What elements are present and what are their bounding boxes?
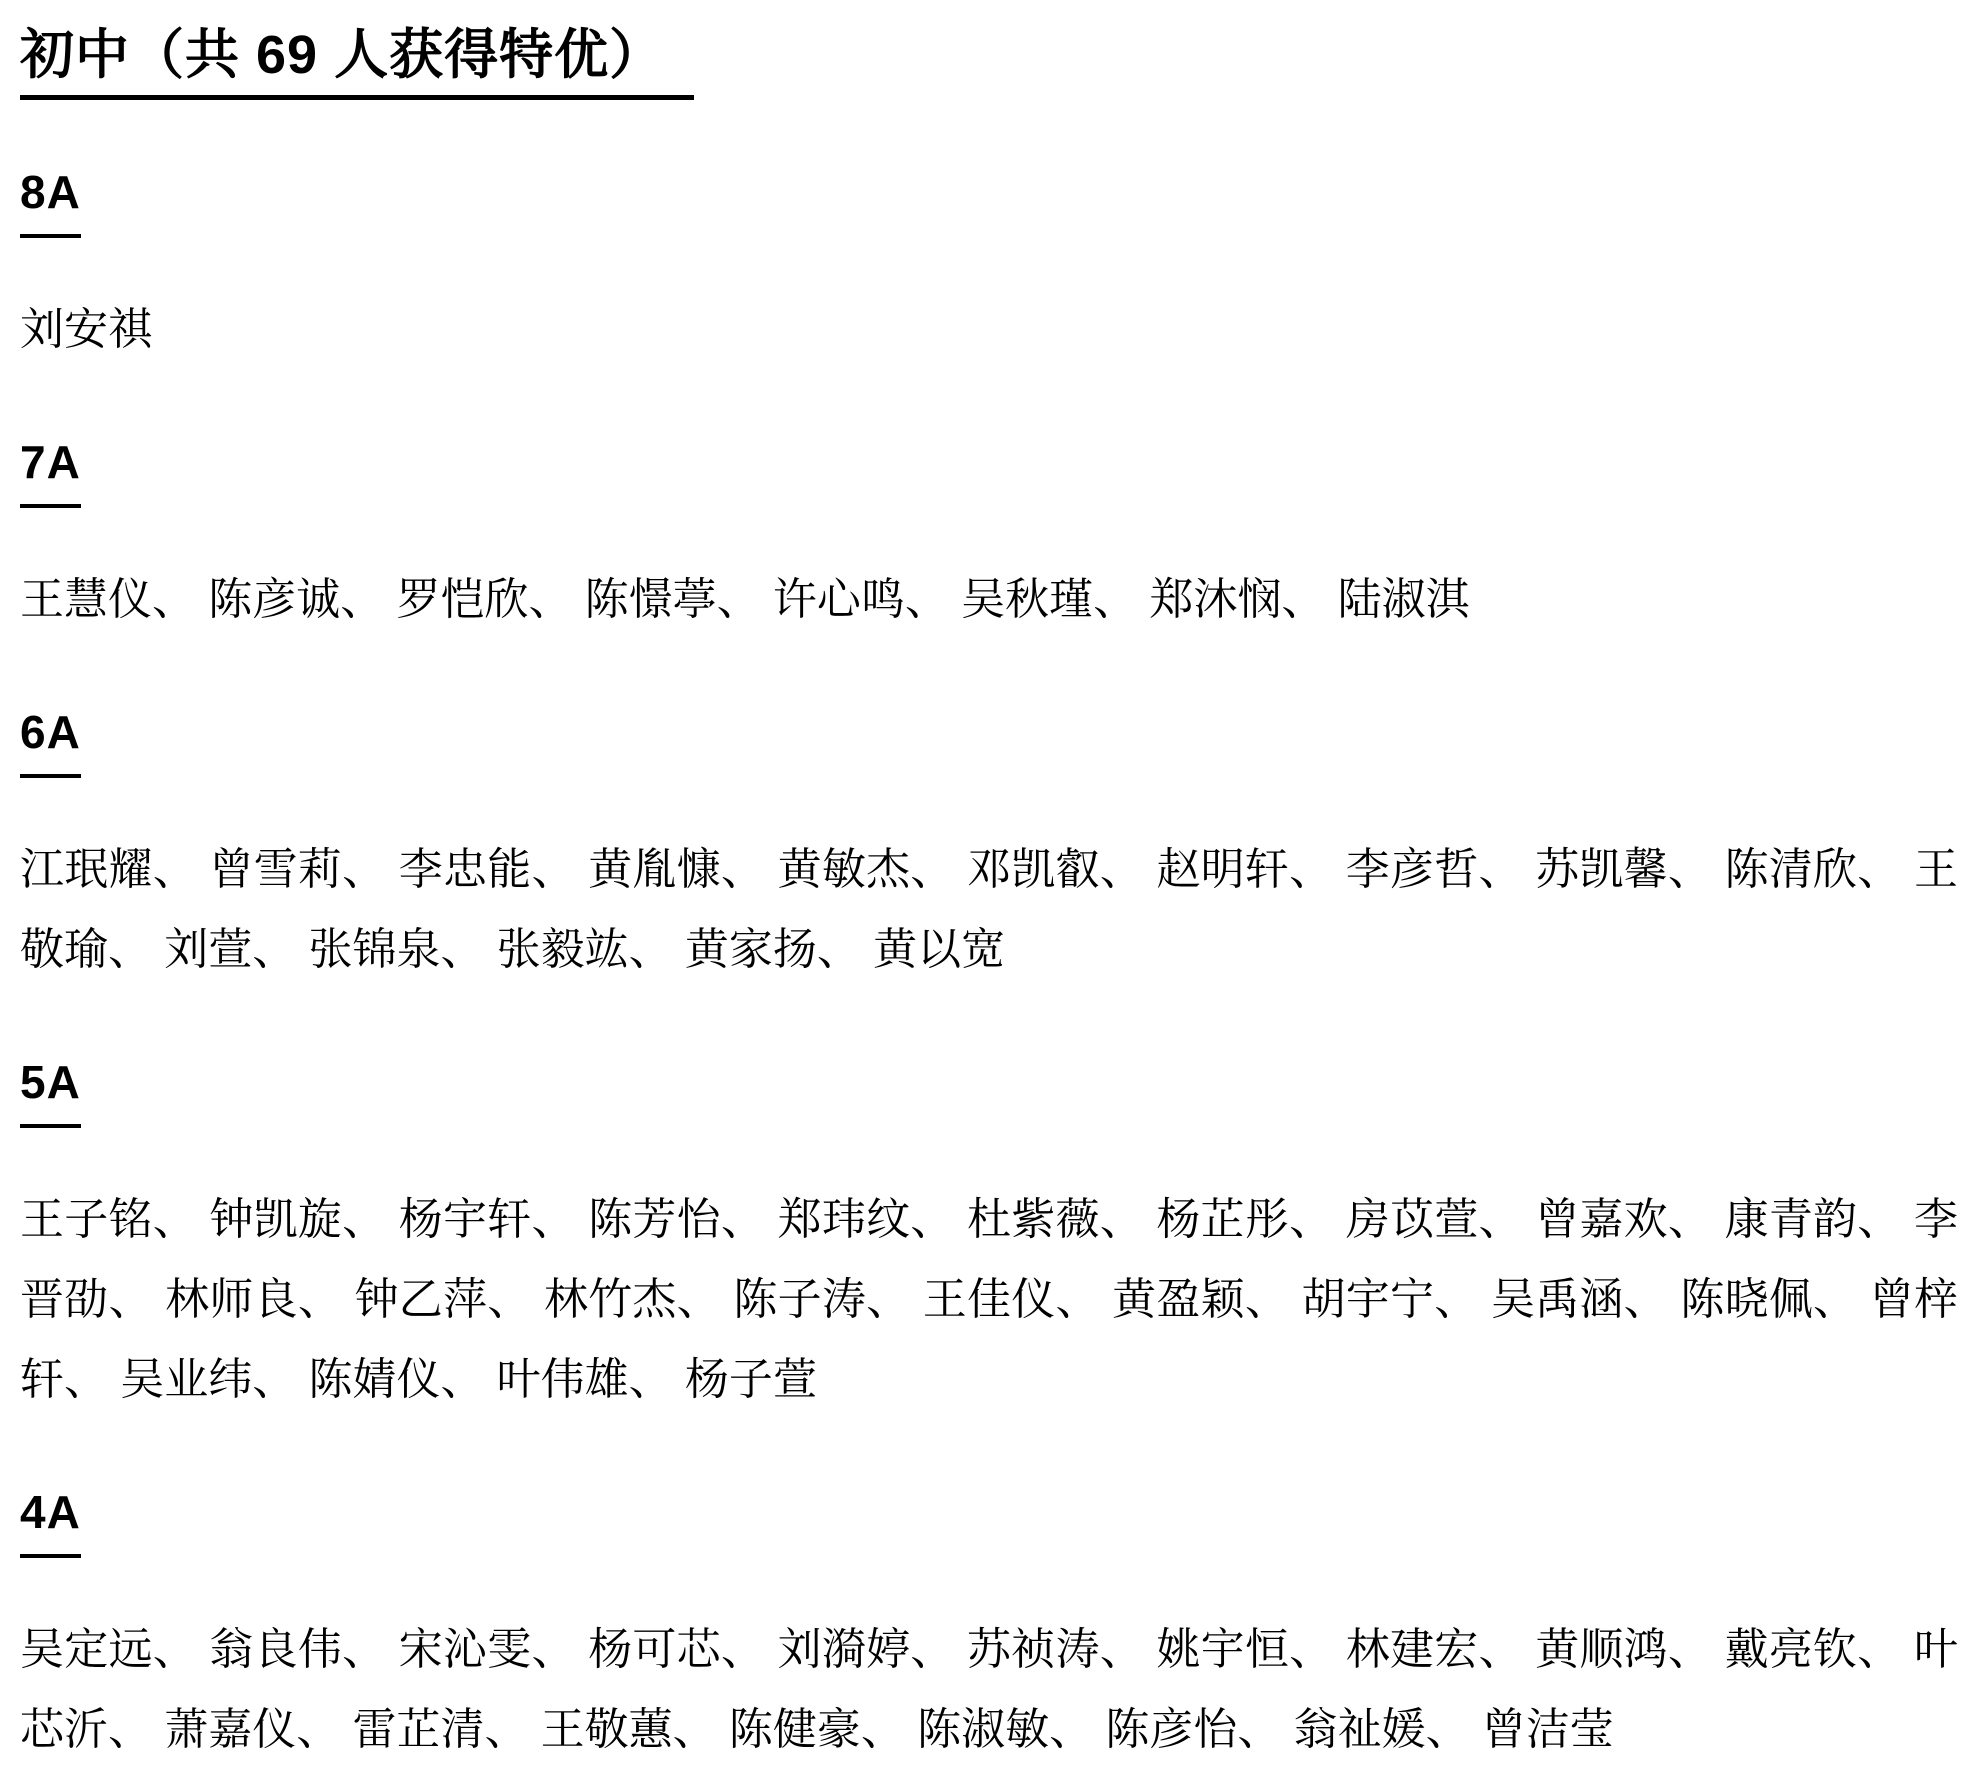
section-4a: 4A 吴定远、 翁良伟、 宋沁雯、 杨可芯、 刘漪婷、 苏祯涛、 姚宇恒、 林建… bbox=[20, 1472, 1958, 1767]
grade-heading-text: 4A bbox=[20, 1472, 81, 1558]
grade-heading-text: 7A bbox=[20, 422, 81, 508]
document: 初中（共 69 人获得特优） 8A 刘安祺 7A 王慧仪、 陈彦诚、 罗恺欣、 … bbox=[20, 15, 1958, 1767]
grade-heading-text: 8A bbox=[20, 152, 81, 238]
section-7a: 7A 王慧仪、 陈彦诚、 罗恺欣、 陈憬葶、 许心鸣、 吴秋瑾、 郑沐悯、 陆淑… bbox=[20, 422, 1958, 640]
name-list-4a: 吴定远、 翁良伟、 宋沁雯、 杨可芯、 刘漪婷、 苏祯涛、 姚宇恒、 林建宏、 … bbox=[20, 1610, 1958, 1767]
grade-heading-7a: 7A bbox=[20, 422, 1958, 508]
grade-heading-4a: 4A bbox=[20, 1472, 1958, 1558]
name-list-7a: 王慧仪、 陈彦诚、 罗恺欣、 陈憬葶、 许心鸣、 吴秋瑾、 郑沐悯、 陆淑淇 bbox=[20, 560, 1958, 640]
grade-heading-text: 6A bbox=[20, 692, 81, 778]
section-6a: 6A 江珉耀、 曾雪莉、 李忠能、 黄胤慷、 黄敏杰、 邓凯叡、 赵明轩、 李彦… bbox=[20, 692, 1958, 990]
grade-heading-text: 5A bbox=[20, 1042, 81, 1128]
name-list-8a: 刘安祺 bbox=[20, 290, 1958, 370]
section-8a: 8A 刘安祺 bbox=[20, 152, 1958, 370]
grade-heading-6a: 6A bbox=[20, 692, 1958, 778]
page-title: 初中（共 69 人获得特优） bbox=[20, 15, 1958, 100]
section-5a: 5A 王子铭、 钟凯旋、 杨宇轩、 陈芳怡、 郑玮纹、 杜紫薇、 杨芷彤、 房苡… bbox=[20, 1042, 1958, 1420]
grade-heading-5a: 5A bbox=[20, 1042, 1958, 1128]
name-list-5a: 王子铭、 钟凯旋、 杨宇轩、 陈芳怡、 郑玮纹、 杜紫薇、 杨芷彤、 房苡萱、 … bbox=[20, 1180, 1958, 1420]
name-list-6a: 江珉耀、 曾雪莉、 李忠能、 黄胤慷、 黄敏杰、 邓凯叡、 赵明轩、 李彦哲、 … bbox=[20, 830, 1958, 990]
grade-heading-8a: 8A bbox=[20, 152, 1958, 238]
page-title-text: 初中（共 69 人获得特优） bbox=[20, 15, 694, 100]
